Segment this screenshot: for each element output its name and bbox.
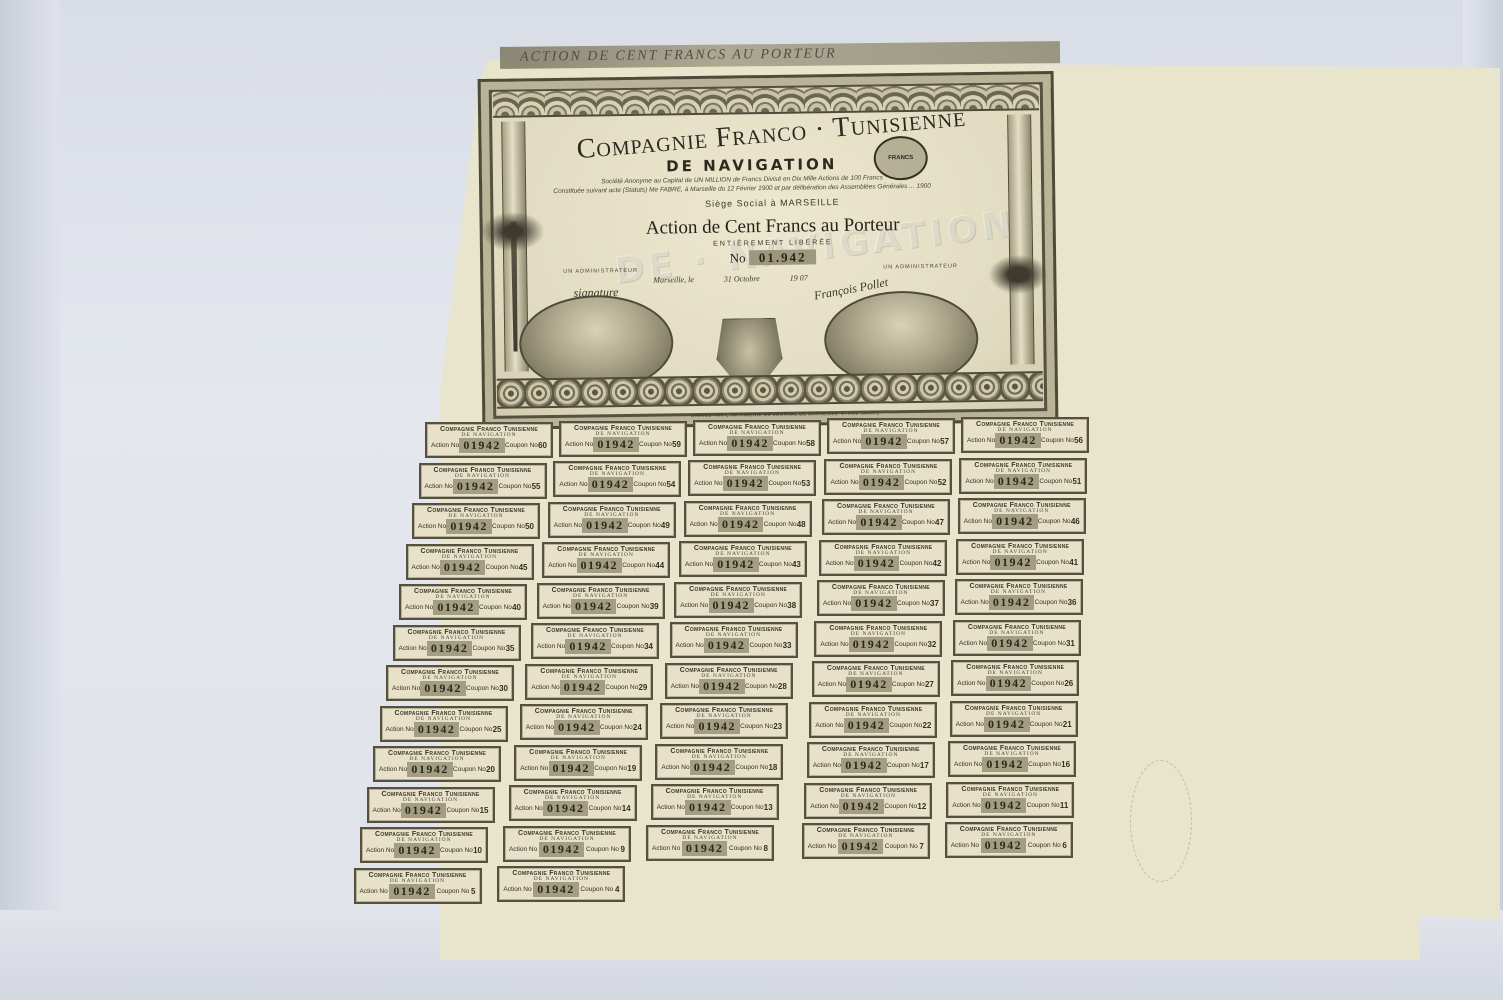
coupon: Compagnie Franco TunisienneDE NAVIGATION… (406, 544, 534, 580)
coupon-label: Coupon No (460, 726, 493, 733)
coupon: Compagnie Franco TunisienneDE NAVIGATION… (693, 420, 821, 456)
coupon-action-label: Action No (818, 681, 846, 688)
coupon-action-label: Action No (515, 805, 543, 812)
coupon-number-row: Action No01942Coupon No37 (823, 596, 939, 611)
coupon-number: 46 (1071, 517, 1080, 526)
coupon-label: Coupon No (768, 480, 801, 487)
coupon-label: Coupon No (639, 441, 672, 448)
coupon-action-number: 01942 (582, 518, 628, 533)
coupon-action-label: Action No (661, 764, 689, 771)
coupon-number: 39 (650, 602, 659, 611)
coupon-action-number: 01942 (389, 884, 435, 899)
coupon-action-label: Action No (828, 519, 856, 526)
coupon-number: 58 (806, 439, 815, 448)
coupon-action-label: Action No (392, 685, 420, 692)
coupon-action-number: 01942 (839, 799, 885, 814)
coupon-number-row: Action No01942Coupon No40 (405, 600, 521, 615)
coupon: Compagnie Franco TunisienneDE NAVIGATION… (956, 539, 1084, 575)
coupon-number-row: Action No01942Coupon No22 (815, 718, 931, 733)
coupon-action-number: 01942 (549, 761, 595, 776)
coupon-number: 6 (1062, 841, 1066, 850)
coupon-number-row: Action No01942Coupon No11 (952, 798, 1068, 813)
coupon-action-number: 01942 (554, 720, 600, 735)
coupon-number-row: Action No01942Coupon No56 (967, 433, 1083, 448)
coupon: Compagnie Franco TunisienneDE NAVIGATION… (651, 784, 779, 820)
coupon-action-number: 01942 (981, 798, 1027, 813)
coupon-action-label: Action No (531, 684, 559, 691)
coupon-number-row: Action No01942Coupon No28 (671, 679, 787, 694)
coupon-label: Coupon No (622, 562, 655, 569)
coupon-action-number: 01942 (420, 681, 466, 696)
coupon-number: 51 (1072, 477, 1081, 486)
coupon-sheet: Compagnie Franco TunisienneDE NAVIGATION… (350, 422, 1110, 942)
coupon: Compagnie Franco TunisienneDE NAVIGATION… (809, 702, 937, 738)
coupon-number: 24 (633, 723, 642, 732)
coupon-number: 41 (1069, 558, 1078, 567)
coupon-number-row: Action No01942Coupon No51 (965, 474, 1081, 489)
coupon-action-label: Action No (957, 680, 985, 687)
coupon-action-label: Action No (548, 562, 576, 569)
coupon-number: 31 (1066, 639, 1075, 648)
coupon-number-row: Action No01942Coupon No15 (373, 803, 489, 818)
coupon-action-number: 01942 (690, 760, 736, 775)
coupon-action-number: 01942 (861, 434, 907, 449)
coupon: Compagnie Franco TunisienneDE NAVIGATION… (951, 660, 1079, 696)
coupon-action-number: 01942 (995, 433, 1041, 448)
coupon-action-label: Action No (967, 437, 995, 444)
coupon-label: Coupon No (759, 561, 792, 568)
coupon-label: Coupon No (600, 724, 633, 731)
coupon-action-label: Action No (565, 441, 593, 448)
number-prefix: No (730, 250, 746, 265)
right-pillar (1007, 114, 1034, 364)
coupon: Compagnie Franco TunisienneDE NAVIGATION… (412, 503, 540, 539)
coupon-label: Coupon No (1036, 559, 1069, 566)
coupon-action-number: 01942 (994, 474, 1040, 489)
coupon-action-label: Action No (680, 602, 708, 609)
coupon-label: Coupon No (1041, 437, 1074, 444)
coupon-number: 15 (480, 806, 489, 815)
coupon-action-label: Action No (366, 847, 394, 854)
coupon-number-row: Action No01942Coupon No60 (431, 438, 547, 453)
coupon-action-number: 01942 (849, 637, 895, 652)
guilloche-ornament (1130, 760, 1192, 882)
bottom-ornamental-frieze (497, 371, 1043, 409)
coupon-label: Coupon No (745, 683, 778, 690)
coupon-label: Coupon No (499, 483, 532, 490)
coupon-action-label: Action No (954, 761, 982, 768)
coupon-label: Coupon No (754, 602, 787, 609)
coupon-action-number: 01942 (539, 842, 585, 857)
coupon-number-row: Action No01942Coupon No20 (379, 762, 495, 777)
coupon-action-label: Action No (820, 641, 848, 648)
coupon-label: Coupon No (1038, 518, 1071, 525)
coupon-number-row: Action No01942Coupon No47 (828, 515, 944, 530)
place: Marseille, le (653, 275, 694, 285)
coupon-number: 38 (787, 601, 796, 610)
coupon-number-row: Action No01942Coupon No14 (515, 801, 631, 816)
coupon-action-number: 01942 (682, 841, 728, 856)
coupon-action-label: Action No (425, 483, 453, 490)
coupon: Compagnie Franco TunisienneDE NAVIGATION… (531, 623, 659, 659)
coupon-action-label: Action No (830, 479, 858, 486)
backdrop-wall-left (0, 0, 60, 1000)
coupon-label: Coupon No (894, 641, 927, 648)
coupon: Compagnie Franco TunisienneDE NAVIGATION… (367, 787, 495, 823)
coupon-action-number: 01942 (718, 517, 764, 532)
coupon-number-row: Action No01942Coupon No13 (657, 800, 773, 815)
coupon-number: 45 (519, 563, 528, 572)
coupon-action-number: 01942 (459, 438, 505, 453)
coupon-label: Coupon No (889, 722, 922, 729)
coupon-action-label: Action No (951, 842, 979, 849)
coupon: Compagnie Franco TunisienneDE NAVIGATION… (548, 502, 676, 538)
coupon-action-number: 01942 (685, 800, 731, 815)
coupon-label: Coupon No (1035, 599, 1068, 606)
coupon: Compagnie Franco TunisienneDE NAVIGATION… (959, 458, 1087, 494)
coupon-number: 59 (672, 440, 681, 449)
coupon-number: 17 (920, 761, 929, 770)
coupon-number-row: Action No01942Coupon No30 (392, 681, 508, 696)
coupon-number: 11 (1060, 801, 1068, 810)
coupon-number-row: Action No01942Coupon No43 (685, 557, 801, 572)
coupon-label: Coupon No (750, 642, 783, 649)
coupon-number: 42 (933, 559, 942, 568)
coupon-action-number: 01942 (838, 839, 884, 854)
coupon-action-label: Action No (833, 438, 861, 445)
coupon-number-row: Action No01942Coupon No26 (957, 676, 1073, 691)
coupon: Compagnie Franco TunisienneDE NAVIGATION… (665, 663, 793, 699)
coupon-label: Coupon No (905, 479, 938, 486)
coupon-action-label: Action No (360, 888, 388, 895)
coupon: Compagnie Franco TunisienneDE NAVIGATION… (537, 583, 665, 619)
coupon-label: Coupon No (594, 765, 627, 772)
coupon-number-row: Action No01942Coupon No38 (680, 598, 796, 613)
coupon-label: Coupon No (902, 519, 935, 526)
coupon: Compagnie Franco TunisienneDE NAVIGATION… (679, 541, 807, 577)
coupon-number-row: Action No01942Coupon No7 (808, 839, 924, 854)
coupon-number: 13 (764, 803, 773, 812)
coupon-number-row: Action No01942Coupon No34 (537, 639, 653, 654)
coupon-number-row: Action No01942Coupon No29 (531, 680, 647, 695)
coupon: Compagnie Franco TunisienneDE NAVIGATION… (688, 460, 816, 496)
coupon-label: Coupon No (885, 843, 918, 850)
coupon: Compagnie Franco TunisienneDE NAVIGATION… (684, 501, 812, 537)
coupon-action-label: Action No (559, 481, 587, 488)
coupon-number: 56 (1074, 436, 1083, 445)
coupon-number: 27 (925, 680, 934, 689)
coupon: Compagnie Franco TunisienneDE NAVIGATION… (354, 868, 482, 904)
registered-seat: Siège Social à MARSEILLE (542, 195, 1002, 211)
coupon-number-row: Action No01942Coupon No39 (543, 599, 659, 614)
coupon-number: 55 (532, 482, 541, 491)
coupon-label: Coupon No (729, 845, 762, 852)
coupon-label: Coupon No (1039, 478, 1072, 485)
coupon: Compagnie Franco TunisienneDE NAVIGATION… (822, 499, 950, 535)
coupon-action-number: 01942 (401, 803, 447, 818)
coupon-action-number: 01942 (854, 556, 900, 571)
coupon-label: Coupon No (617, 603, 650, 610)
coupon: Compagnie Franco TunisienneDE NAVIGATION… (559, 421, 687, 457)
coupon-action-number: 01942 (560, 680, 606, 695)
coupon-label: Coupon No (764, 521, 797, 528)
coupon-action-label: Action No (412, 564, 440, 571)
coupon-label: Coupon No (586, 846, 619, 853)
coupon-action-label: Action No (554, 522, 582, 529)
coupon: Compagnie Franco TunisienneDE NAVIGATION… (817, 580, 945, 616)
coupon-action-number: 01942 (414, 722, 460, 737)
coupon-action-number: 01942 (984, 717, 1030, 732)
coupon-number: 18 (768, 763, 777, 772)
coupon: Compagnie Franco TunisienneDE NAVIGATION… (553, 461, 681, 497)
coupon-label: Coupon No (735, 764, 768, 771)
coupon-number: 52 (938, 478, 947, 487)
coupon-number-row: Action No01942Coupon No48 (690, 517, 806, 532)
coupon-action-number: 01942 (990, 555, 1036, 570)
coupon-number-row: Action No01942Coupon No31 (959, 636, 1075, 651)
coupon-label: Coupon No (479, 604, 512, 611)
coupon-label: Coupon No (605, 684, 638, 691)
coupon-number-row: Action No01942Coupon No49 (554, 518, 670, 533)
coupon-number-row: Action No01942Coupon No6 (951, 838, 1067, 853)
coupon: Compagnie Franco TunisienneDE NAVIGATION… (670, 622, 798, 658)
coupon: Compagnie Franco TunisienneDE NAVIGATION… (802, 823, 930, 859)
coupon-number-row: Action No01942Coupon No33 (676, 638, 792, 653)
coupon: Compagnie Franco TunisienneDE NAVIGATION… (958, 498, 1086, 534)
coupon-number: 34 (644, 642, 653, 651)
coupon-action-label: Action No (657, 804, 685, 811)
coupon-label: Coupon No (1031, 680, 1064, 687)
coupon-number: 33 (783, 641, 792, 650)
coupon: Compagnie Franco TunisienneDE NAVIGATION… (386, 665, 514, 701)
coupon-label: Coupon No (740, 723, 773, 730)
coupon-action-number: 01942 (427, 641, 473, 656)
coupon-number: 25 (493, 725, 502, 734)
coupon-number: 30 (499, 684, 508, 693)
coupon-action-label: Action No (543, 603, 571, 610)
coupon-number: 50 (525, 522, 534, 531)
coupon-number: 28 (778, 682, 787, 691)
coupon-number: 57 (940, 437, 949, 446)
coupon-number-row: Action No01942Coupon No53 (694, 476, 810, 491)
coupon-number: 48 (797, 520, 806, 529)
coupon-number: 9 (621, 845, 625, 854)
coupon: Compagnie Franco TunisienneDE NAVIGATION… (948, 741, 1076, 777)
coupon-number: 54 (666, 480, 675, 489)
coupon-label: Coupon No (1028, 842, 1061, 849)
coupon-action-label: Action No (956, 721, 984, 728)
coupon-number-row: Action No01942Coupon No46 (964, 514, 1080, 529)
coupon-number-row: Action No01942Coupon No32 (820, 637, 936, 652)
coupon: Compagnie Franco TunisienneDE NAVIGATION… (961, 417, 1089, 453)
coupon-action-label: Action No (962, 559, 990, 566)
admin-right-label: UN ADMINISTRATEUR (883, 263, 958, 270)
coupon-action-label: Action No (418, 523, 446, 530)
coupon-action-number: 01942 (841, 758, 887, 773)
coupon-action-label: Action No (431, 442, 459, 449)
coupon-label: Coupon No (1027, 802, 1060, 809)
coupon-action-label: Action No (813, 762, 841, 769)
coupon-number-row: Action No01942Coupon No58 (699, 436, 815, 451)
coupon: Compagnie Franco TunisienneDE NAVIGATION… (380, 706, 508, 742)
coupon-label: Coupon No (437, 888, 470, 895)
coupon: Compagnie Franco TunisienneDE NAVIGATION… (646, 825, 774, 861)
coupon-number-row: Action No01942Coupon No23 (666, 719, 782, 734)
coupon-action-number: 01942 (981, 838, 1027, 853)
coupon-action-label: Action No (808, 843, 836, 850)
coupon-action-number: 01942 (446, 519, 492, 534)
coupon-action-label: Action No (509, 846, 537, 853)
coupon-label: Coupon No (453, 766, 486, 773)
coupon-action-label: Action No (676, 642, 704, 649)
coupon-action-label: Action No (386, 726, 414, 733)
coupon-number-row: Action No01942Coupon No57 (833, 434, 949, 449)
coupon-action-number: 01942 (987, 636, 1033, 651)
coupon-number-row: Action No01942Coupon No17 (813, 758, 929, 773)
coupon-action-label: Action No (965, 478, 993, 485)
coupon-action-label: Action No (652, 845, 680, 852)
coupon: Compagnie Franco TunisienneDE NAVIGATION… (655, 744, 783, 780)
certificate-header: DE · NAVIGATION Compagnie Franco · Tunis… (478, 71, 1059, 430)
share-number: 01.942 (749, 249, 817, 265)
coupon-number: 10 (473, 846, 482, 855)
coupon-action-label: Action No (526, 724, 554, 731)
coupon: Compagnie Franco TunisienneDE NAVIGATION… (419, 463, 547, 499)
coupon-number: 49 (661, 521, 670, 530)
coupon-action-number: 01942 (543, 801, 589, 816)
coupon-action-number: 01942 (433, 600, 479, 615)
coupon-number: 8 (764, 844, 768, 853)
coupon-action-label: Action No (823, 600, 851, 607)
coupon-action-number: 01942 (992, 514, 1038, 529)
coupon-label: Coupon No (492, 523, 525, 530)
coupon-action-label: Action No (825, 560, 853, 567)
coupon-number: 14 (622, 804, 631, 813)
coupon: Compagnie Franco TunisienneDE NAVIGATION… (814, 621, 942, 657)
coupon-label: Coupon No (1033, 640, 1066, 647)
coupon: Compagnie Franco TunisienneDE NAVIGATION… (525, 664, 653, 700)
coupon: Compagnie Franco TunisienneDE NAVIGATION… (393, 625, 521, 661)
coupon-number: 23 (773, 722, 782, 731)
coupon-label: Coupon No (773, 440, 806, 447)
coupon-number: 12 (917, 802, 926, 811)
coupon: Compagnie Franco TunisienneDE NAVIGATION… (953, 620, 1081, 656)
coupon-action-number: 01942 (986, 676, 1032, 691)
coupon-number: 35 (506, 644, 515, 653)
coupon-label: Coupon No (897, 600, 930, 607)
year: 19 07 (790, 273, 808, 282)
coupon-label: Coupon No (466, 685, 499, 692)
coupon-action-number: 01942 (533, 882, 579, 897)
coupon-number-row: Action No01942Coupon No18 (661, 760, 777, 775)
coupon-label: Coupon No (440, 847, 473, 854)
coupon-number-row: Action No01942Coupon No25 (386, 722, 502, 737)
coupon-number: 36 (1068, 598, 1077, 607)
coupon-number-row: Action No01942Coupon No12 (810, 799, 926, 814)
coupon-action-label: Action No (671, 683, 699, 690)
coupon-action-number: 01942 (709, 598, 755, 613)
coupon-action-label: Action No (964, 518, 992, 525)
coupon-action-number: 01942 (440, 560, 486, 575)
coupon-action-number: 01942 (593, 437, 639, 452)
coupon-action-label: Action No (520, 765, 548, 772)
coupon-action-label: Action No (685, 561, 713, 568)
date: 31 Octobre (724, 274, 760, 284)
coupon-action-number: 01942 (856, 515, 902, 530)
coupon-action-label: Action No (694, 480, 722, 487)
coupon: Compagnie Franco TunisienneDE NAVIGATION… (514, 745, 642, 781)
coupon-label: Coupon No (486, 564, 519, 571)
coupon: Compagnie Franco TunisienneDE NAVIGATION… (812, 661, 940, 697)
coupon-action-label: Action No (537, 643, 565, 650)
coupon: Compagnie Franco TunisienneDE NAVIGATION… (807, 742, 935, 778)
coupon-label: Coupon No (887, 762, 920, 769)
coupon-number-row: Action No01942Coupon No41 (962, 555, 1078, 570)
coupon: Compagnie Franco TunisienneDE NAVIGATION… (955, 579, 1083, 615)
coupon-label: Coupon No (1030, 721, 1063, 728)
coupon-action-number: 01942 (851, 596, 897, 611)
coupon-label: Coupon No (473, 645, 506, 652)
coupon-action-label: Action No (952, 802, 980, 809)
coupon: Compagnie Franco TunisienneDE NAVIGATION… (425, 422, 553, 458)
coupon: Compagnie Franco TunisienneDE NAVIGATION… (950, 701, 1078, 737)
coupon-action-number: 01942 (844, 718, 890, 733)
coupon-number-row: Action No01942Coupon No54 (559, 477, 675, 492)
coupon-number-row: Action No01942Coupon No8 (652, 841, 768, 856)
coupon-number-row: Action No01942Coupon No59 (565, 437, 681, 452)
coupon-number-row: Action No01942Coupon No42 (825, 556, 941, 571)
coupon-label: Coupon No (611, 643, 644, 650)
coupon-label: Coupon No (633, 481, 666, 488)
coupon-number: 7 (919, 842, 923, 851)
coupon-action-number: 01942 (699, 679, 745, 694)
coupon: Compagnie Franco TunisienneDE NAVIGATION… (373, 746, 501, 782)
coupon-action-number: 01942 (407, 762, 453, 777)
coupon-action-number: 01942 (704, 638, 750, 653)
coupon-number-row: Action No01942Coupon No5 (360, 884, 476, 899)
coupon: Compagnie Franco TunisienneDE NAVIGATION… (509, 785, 637, 821)
coupon-number-row: Action No01942Coupon No45 (412, 560, 528, 575)
coupon: Compagnie Franco TunisienneDE NAVIGATION… (503, 826, 631, 862)
coupon-number-row: Action No01942Coupon No10 (366, 843, 482, 858)
coupon: Compagnie Franco TunisienneDE NAVIGATION… (804, 783, 932, 819)
coupon-action-number: 01942 (982, 757, 1028, 772)
coupon-number-row: Action No01942Coupon No27 (818, 677, 934, 692)
coupon-action-number: 01942 (859, 475, 905, 490)
coupon-action-number: 01942 (577, 558, 623, 573)
coupon: Compagnie Franco TunisienneDE NAVIGATION… (542, 542, 670, 578)
coupon-action-label: Action No (959, 640, 987, 647)
coupon: Compagnie Franco TunisienneDE NAVIGATION… (497, 866, 625, 902)
coupon-number: 29 (638, 683, 647, 692)
coupon-action-number: 01942 (588, 477, 634, 492)
coupon-number-row: Action No01942Coupon No16 (954, 757, 1070, 772)
coupon-action-label: Action No (503, 886, 531, 893)
coupon-action-label: Action No (961, 599, 989, 606)
coupon-number-row: Action No01942Coupon No4 (503, 882, 619, 897)
coupon-number: 22 (922, 721, 931, 730)
coupon-number-row: Action No01942Coupon No35 (399, 641, 515, 656)
coupon-number: 20 (486, 765, 495, 774)
coupon-action-number: 01942 (846, 677, 892, 692)
coupon-label: Coupon No (1028, 761, 1061, 768)
coupon-number-row: Action No01942Coupon No19 (520, 761, 636, 776)
coupon-label: Coupon No (892, 681, 925, 688)
coupon-action-number: 01942 (394, 843, 440, 858)
coupon-number: 43 (792, 560, 801, 569)
coupon-action-number: 01942 (723, 476, 769, 491)
coupon-action-label: Action No (699, 440, 727, 447)
